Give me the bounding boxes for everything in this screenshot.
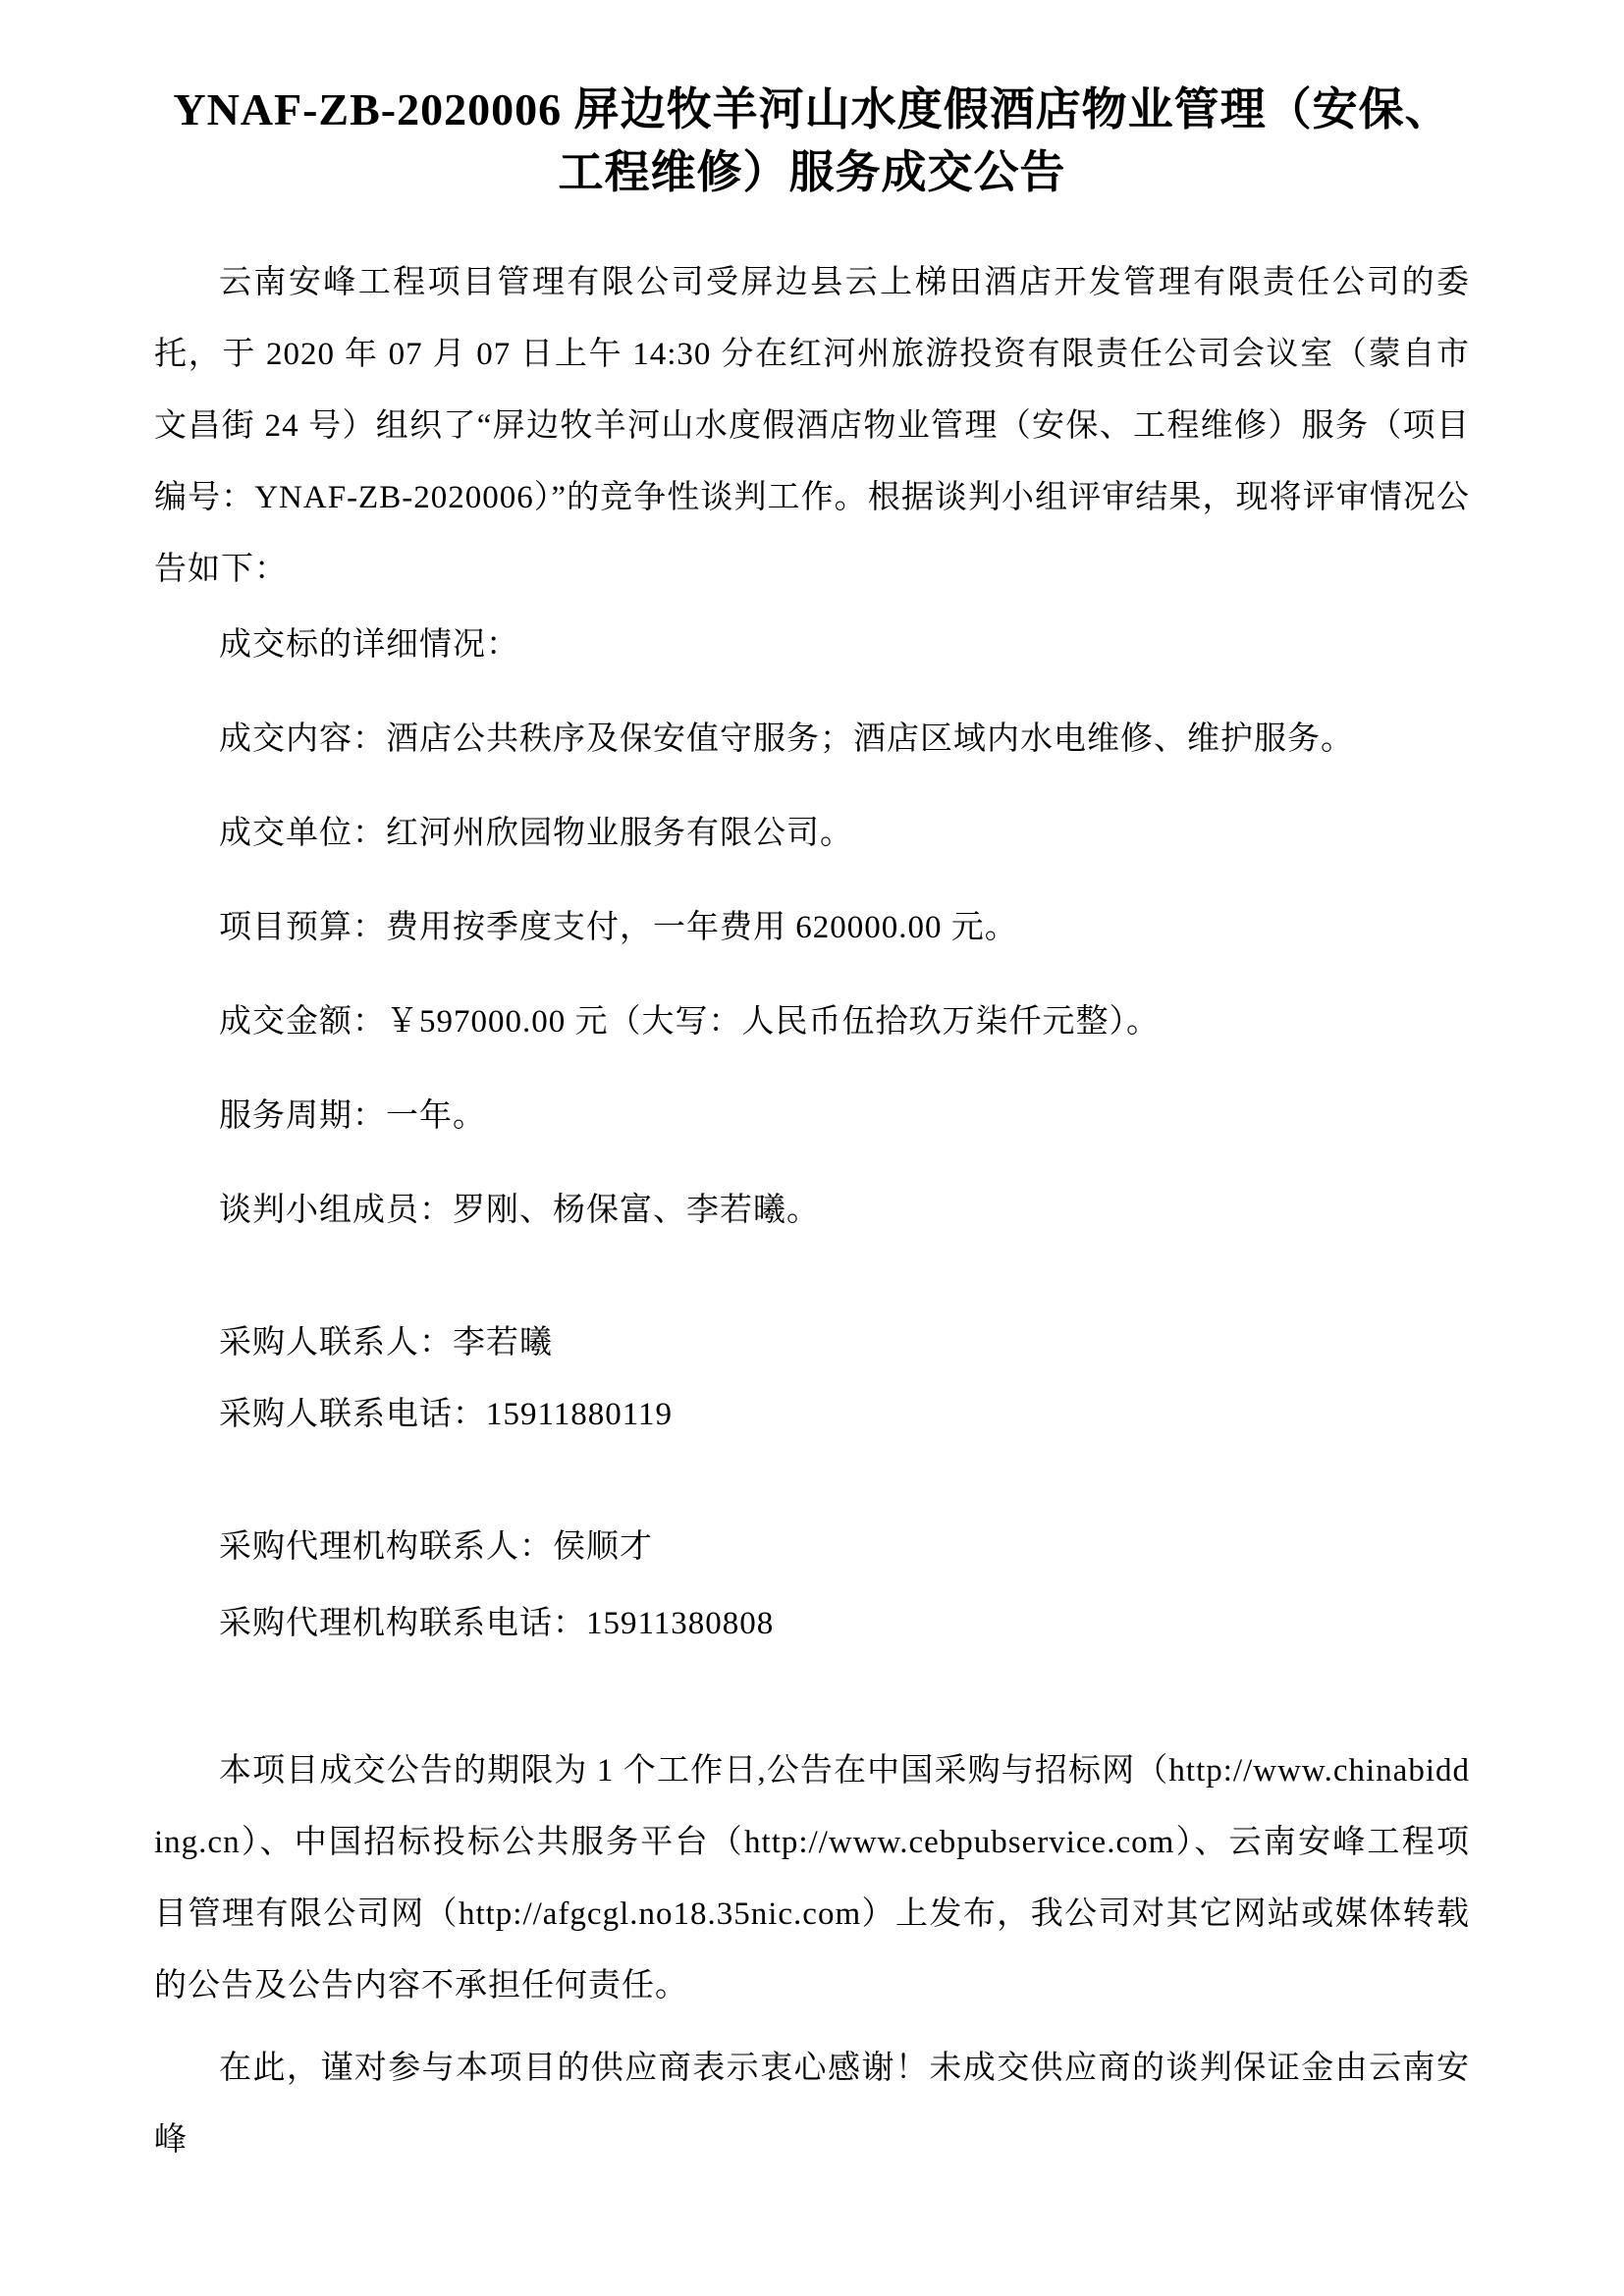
detail-item-period: 服务周期：一年。 — [154, 1081, 1470, 1152]
intro-paragraph: 云南安峰工程项目管理有限公司受屏边县云上梯田酒店开发管理有限责任公司的委托，于 … — [154, 247, 1470, 606]
document-page: YNAF-ZB-2020006 屏边牧羊河山水度假酒店物业管理（安保、工程维修）… — [0, 0, 1624, 2296]
agency-contact-name-line: 采购代理机构联系人：侯顺才 — [154, 1512, 1470, 1583]
detail-item-amount: 成交金额：￥597000.00 元（大写：人民币伍拾玖万柒仟元整）。 — [154, 987, 1470, 1058]
buyer-contact-name-line: 采购人联系人：李若曦 — [154, 1308, 1470, 1379]
detail-item-panel-members: 谈判小组成员：罗刚、杨保富、李若曦。 — [154, 1175, 1470, 1247]
thanks-paragraph: 在此，谨对参与本项目的供应商表示衷心感谢！未成交供应商的谈判保证金由云南安峰 — [154, 2033, 1470, 2176]
agency-contact-phone-line: 采购代理机构联系电话：15911380808 — [154, 1588, 1470, 1660]
detail-heading: 成交标的详细情况： — [154, 610, 1470, 681]
buyer-contact-phone-line: 采购人联系电话：15911880119 — [154, 1379, 1470, 1451]
detail-item-budget: 项目预算：费用按季度支付，一年费用 620000.00 元。 — [154, 892, 1470, 964]
detail-item-winner: 成交单位：红河州欣园物业服务有限公司。 — [154, 798, 1470, 870]
detail-item-content: 成交内容：酒店公共秩序及保安值守服务；酒店区域内水电维修、维护服务。 — [154, 704, 1470, 775]
publish-paragraph: 本项目成交公告的期限为 1 个工作日,公告在中国采购与招标网（http://ww… — [154, 1735, 1470, 2022]
document-title: YNAF-ZB-2020006 屏边牧羊河山水度假酒店物业管理（安保、工程维修）… — [154, 79, 1470, 204]
